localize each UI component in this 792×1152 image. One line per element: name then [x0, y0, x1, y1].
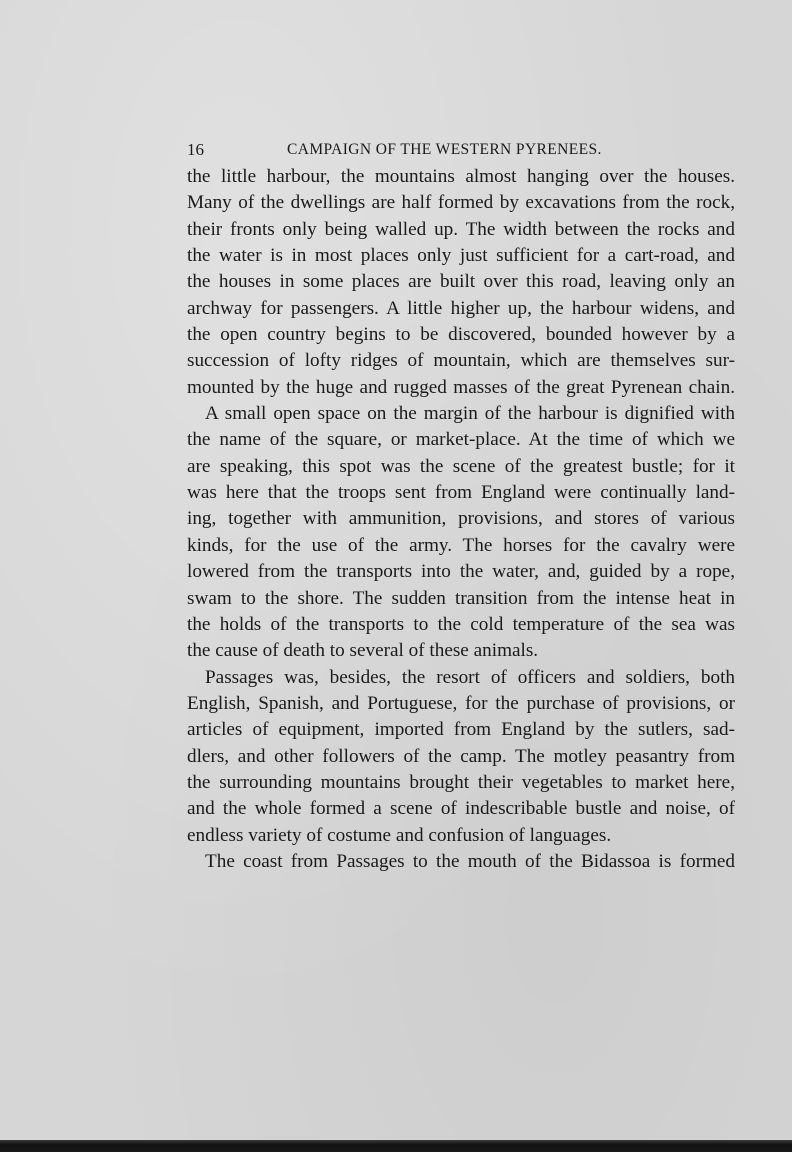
body-text: the little harbour, the mountains almost… — [187, 164, 735, 875]
text-line: are speaking, this spot was the scene of… — [187, 454, 735, 480]
paragraph-first-line: Passages was, besides, the resort of off… — [187, 665, 735, 691]
text-line: was here that the troops sent from Engla… — [187, 480, 735, 506]
text-line: the name of the square, or market-place.… — [187, 427, 735, 453]
text-line: dlers, and other followers of the camp. … — [187, 744, 735, 770]
page-bottom-edge — [0, 1140, 792, 1152]
running-head: CAMPAIGN OF THE WESTERN PYRENEES. — [287, 141, 602, 159]
text-line: and the whole formed a scene of indescri… — [187, 796, 735, 822]
paragraph-first-line: A small open space on the margin of the … — [187, 401, 735, 427]
text-line: the cause of death to several of these a… — [187, 638, 735, 664]
text-line: the open country begins to be discovered… — [187, 322, 735, 348]
text-line: the houses in some places are built over… — [187, 269, 735, 295]
text-line: ing, together with ammunition, provision… — [187, 506, 735, 532]
text-line: the water is in most places only just su… — [187, 243, 735, 269]
text-line: the surrounding mountains brought their … — [187, 770, 735, 796]
text-line: the holds of the transports to the cold … — [187, 612, 735, 638]
text-line: Many of the dwellings are half formed by… — [187, 190, 735, 216]
text-line: kinds, for the use of the army. The hors… — [187, 533, 735, 559]
text-line: articles of equipment, imported from Eng… — [187, 717, 735, 743]
text-line: endless variety of costume and confusion… — [187, 823, 735, 849]
text-line: the little harbour, the mountains almost… — [187, 164, 735, 190]
text-line: lowered from the transports into the wat… — [187, 559, 735, 585]
text-line: their fronts only being walled up. The w… — [187, 217, 735, 243]
text-line: swam to the shore. The sudden transition… — [187, 586, 735, 612]
page-number: 16 — [187, 140, 204, 160]
page-header: 16 CAMPAIGN OF THE WESTERN PYRENEES. — [187, 140, 735, 164]
text-line: archway for passengers. A little higher … — [187, 296, 735, 322]
paragraph-first-line: The coast from Passages to the mouth of … — [187, 849, 735, 875]
text-line: succession of lofty ridges of mountain, … — [187, 348, 735, 374]
text-line: English, Spanish, and Portuguese, for th… — [187, 691, 735, 717]
text-line: mounted by the huge and rugged masses of… — [187, 375, 735, 401]
